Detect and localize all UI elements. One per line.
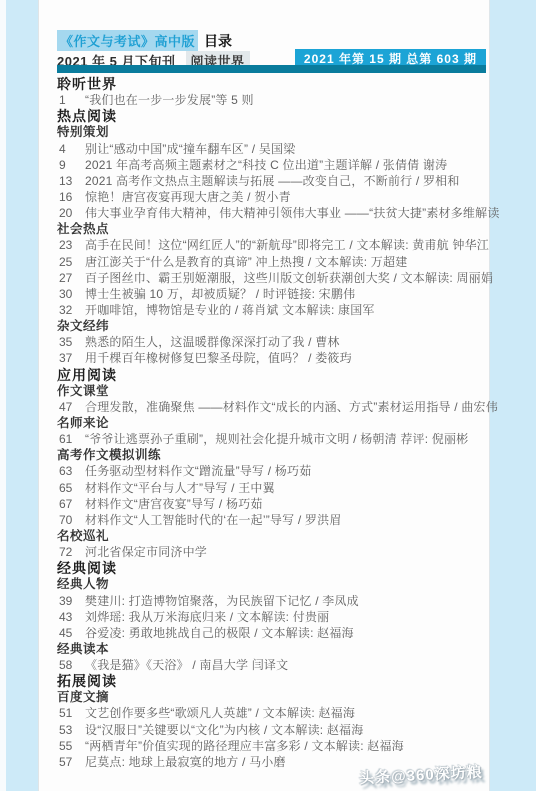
entry-title: 任务驱动型材料作文“蹭流量”导写 / 杨巧茹 xyxy=(85,463,487,479)
toc-item: 55“两栖青年”价值实现的路径理应丰富多彩 / 文本解读: 赵福海 xyxy=(57,738,487,754)
toc-section-header: 经典阅读 xyxy=(57,560,487,576)
toc-item: 27百子图丝巾、霸王别姬潮服，这些川版文创斩获潮创大奖 / 文本解读: 周丽娟 xyxy=(57,270,487,286)
header-title-line: 《作文与考试》高中版目录 xyxy=(57,30,232,51)
page-number: 45 xyxy=(57,625,85,641)
toc-item: 16惊艳！唐宫夜宴再现大唐之美 / 贺小青 xyxy=(57,189,487,205)
entry-title: 别让“感动中国”成“撞车翻车区” / 吴国梁 xyxy=(85,141,487,157)
toc-item: 53设“汉服日”关键要以“文化”为内核 / 文本解读: 赵福海 xyxy=(57,722,487,738)
page-number: 43 xyxy=(57,609,85,625)
entry-title: 2021 高考作文热点主题解读与拓展 ——改变自己，不断前行 / 罗相和 xyxy=(85,173,487,189)
page-number: 67 xyxy=(57,496,85,512)
page-number: 20 xyxy=(57,205,85,221)
toc-item: 37用千棵百年橡树修复巴黎圣母院，值吗？ / 娄筱玙 xyxy=(57,350,487,366)
toc-item: 39樊建川: 打造博物馆聚落，为民族留下记忆 / 李凤成 xyxy=(57,593,487,609)
toc-item: 20伟大事业孕育伟大精神，伟大精神引领伟大事业 ——“扶贫大捷”素材多维解读 xyxy=(57,205,487,221)
page-number: 25 xyxy=(57,254,85,270)
entry-title: 材料作文“平台与人才”导写 / 王中翼 xyxy=(85,480,487,496)
toc-section-header: 高考作文模拟训练 xyxy=(57,447,487,463)
entry-title: 百子图丝巾、霸王别姬潮服，这些川版文创斩获潮创大奖 / 文本解读: 周丽娟 xyxy=(85,270,493,286)
entry-title: 樊建川: 打造博物馆聚落，为民族留下记忆 / 李凤成 xyxy=(85,593,487,609)
toc-section-header: 百度文摘 xyxy=(57,689,487,705)
toc-item: 51文艺创作要多些“歌颂凡人英雄” / 文本解读: 赵福海 xyxy=(57,705,487,721)
page-number: 61 xyxy=(57,431,85,447)
toc-section-header: 社会热点 xyxy=(57,221,487,237)
toc-item: 45谷爱凌: 勇敢地挑战自己的极限 / 文本解读: 赵福海 xyxy=(57,625,487,641)
page-number: 53 xyxy=(57,722,85,738)
toc-item: 92021 年高考高频主题素材之“科技 C 位出道”主题详解 / 张倩倩 谢涛 xyxy=(57,157,487,173)
page-number: 55 xyxy=(57,738,85,754)
magazine-toc-page: 《作文与考试》高中版目录 2021 年 5 月下旬刊阅读世界 2021 年第 1… xyxy=(38,0,490,791)
toc-item: 25唐江澎关于“什么是教育的真谛” 冲上热搜 / 文本解读: 万超建 xyxy=(57,254,487,270)
toc-item: 30博士生被骗 10 万，却被质疑？ / 时评链接: 宋鹏伟 xyxy=(57,286,487,302)
page-number: 9 xyxy=(57,157,85,173)
page-number: 4 xyxy=(57,141,85,157)
toc-item: 23高手在民间！这位“网红匠人”的“新航母”即将完工 / 文本解读: 黄甫航 钟… xyxy=(57,237,487,253)
entry-title: 开咖啡馆，博物馆是专业的 / 蒋肖斌 文本解读: 康国军 xyxy=(85,302,487,318)
page-number: 65 xyxy=(57,480,85,496)
entry-title: “我们也在一步一步发展”等 5 则 xyxy=(85,92,487,108)
toc-item: 65材料作文“平台与人才”导写 / 王中翼 xyxy=(57,480,487,496)
toc-label: 目录 xyxy=(204,33,232,49)
page-number: 30 xyxy=(57,286,85,302)
toc-item: 47合理发散，准确聚焦 ——材料作文“成长的内涵、方式”素材运用指导 / 曲宏伟 xyxy=(57,399,487,415)
toc-section-header: 聆听世界 xyxy=(57,76,487,92)
toc-item: 63任务驱动型材料作文“蹭流量”导写 / 杨巧茹 xyxy=(57,463,487,479)
entry-title: 伟大事业孕育伟大精神，伟大精神引领伟大事业 ——“扶贫大捷”素材多维解读 xyxy=(85,205,500,221)
page-number: 23 xyxy=(57,237,85,253)
entry-title: 高手在民间！这位“网红匠人”的“新航母”即将完工 / 文本解读: 黄甫航 钟华江 xyxy=(85,237,489,253)
entry-title: “两栖青年”价值实现的路径理应丰富多彩 / 文本解读: 赵福海 xyxy=(85,738,487,754)
entry-title: 博士生被骗 10 万，却被质疑？ / 时评链接: 宋鹏伟 xyxy=(85,286,487,302)
entry-title: 2021 年高考高频主题素材之“科技 C 位出道”主题详解 / 张倩倩 谢涛 xyxy=(85,157,487,173)
toc-section-header: 杂文经纬 xyxy=(57,318,487,334)
page-number: 58 xyxy=(57,657,85,673)
toc-section-header: 经典人物 xyxy=(57,576,487,592)
entry-title: 《我是猫》《天浴》 / 南昌大学 闫译文 xyxy=(85,657,487,673)
page-number: 16 xyxy=(57,189,85,205)
toc-section-header: 热点阅读 xyxy=(57,108,487,124)
entry-title: 河北省保定市同济中学 xyxy=(85,544,487,560)
page-number: 70 xyxy=(57,512,85,528)
page-number: 39 xyxy=(57,593,85,609)
toc-item: 4别让“感动中国”成“撞车翻车区” / 吴国梁 xyxy=(57,141,487,157)
page-number: 51 xyxy=(57,705,85,721)
toc-item: 1“我们也在一步一步发展”等 5 则 xyxy=(57,92,487,108)
entry-title: 用千棵百年橡树修复巴黎圣母院，值吗？ / 娄筱玙 xyxy=(85,350,487,366)
toc-section-header: 拓展阅读 xyxy=(57,673,487,689)
page-number: 72 xyxy=(57,544,85,560)
page-number: 63 xyxy=(57,463,85,479)
entry-title: 合理发散，准确聚焦 ——材料作文“成长的内涵、方式”素材运用指导 / 曲宏伟 xyxy=(85,399,498,415)
entry-title: 刘烨瑶: 我从万米海底归来 / 文本解读: 付贵丽 xyxy=(85,609,487,625)
toc-item: 72河北省保定市同济中学 xyxy=(57,544,487,560)
toc-item: 58《我是猫》《天浴》 / 南昌大学 闫译文 xyxy=(57,657,487,673)
toc-section-header: 经典读本 xyxy=(57,641,487,657)
toc-list: 聆听世界1“我们也在一步一步发展”等 5 则热点阅读特别策划4别让“感动中国”成… xyxy=(57,76,487,791)
page-number: 57 xyxy=(57,754,85,770)
page-number: 35 xyxy=(57,334,85,350)
toc-item: 43刘烨瑶: 我从万米海底归来 / 文本解读: 付贵丽 xyxy=(57,609,487,625)
entry-title: 设“汉服日”关键要以“文化”为内核 / 文本解读: 赵福海 xyxy=(85,722,487,738)
toc-item: 35熟悉的陌生人，这温暖群像深深打动了我 / 曹林 xyxy=(57,334,487,350)
toc-item: 61“爷爷让逃票孙子重刷”，规则社会化提升城市文明 / 杨朝清 荐评: 倪丽彬 xyxy=(57,431,487,447)
entry-title: 文艺创作要多些“歌颂凡人英雄” / 文本解读: 赵福海 xyxy=(85,705,487,721)
entry-title: 谷爱凌: 勇敢地挑战自己的极限 / 文本解读: 赵福海 xyxy=(85,625,487,641)
page-number: 13 xyxy=(57,173,85,189)
toc-item: 132021 高考作文热点主题解读与拓展 ——改变自己，不断前行 / 罗相和 xyxy=(57,173,487,189)
toc-section-header: 名师来论 xyxy=(57,415,487,431)
toc-section-header: 名校巡礼 xyxy=(57,528,487,544)
toc-section-header: 作文课堂 xyxy=(57,383,487,399)
entry-title: 惊艳！唐宫夜宴再现大唐之美 / 贺小青 xyxy=(85,189,487,205)
toc-item: 70材料作文“人工智能时代的‘在一起’”导写 / 罗洪眉 xyxy=(57,512,487,528)
page-number: 47 xyxy=(57,399,85,415)
entry-title: 材料作文“人工智能时代的‘在一起’”导写 / 罗洪眉 xyxy=(85,512,487,528)
entry-title: 材料作文“唐宫夜宴”导写 / 杨巧茹 xyxy=(85,496,487,512)
toc-item: 32开咖啡馆，博物馆是专业的 / 蒋肖斌 文本解读: 康国军 xyxy=(57,302,487,318)
page-number: 27 xyxy=(57,270,85,286)
entry-title: 熟悉的陌生人，这温暖群像深深打动了我 / 曹林 xyxy=(85,334,487,350)
magazine-title: 《作文与考试》高中版 xyxy=(57,30,198,51)
toc-section-header: 特别策划 xyxy=(57,124,487,140)
page-edge xyxy=(0,0,6,791)
page-number: 1 xyxy=(57,92,85,108)
page-number: 37 xyxy=(57,350,85,366)
entry-title: “爷爷让逃票孙子重刷”，规则社会化提升城市文明 / 杨朝清 荐评: 倪丽彬 xyxy=(85,431,487,447)
toc-section-header: 应用阅读 xyxy=(57,367,487,383)
header-divider-bar xyxy=(57,65,486,73)
toc-item: 67材料作文“唐宫夜宴”导写 / 杨巧茹 xyxy=(57,496,487,512)
entry-title: 唐江澎关于“什么是教育的真谛” 冲上热搜 / 文本解读: 万超建 xyxy=(85,254,487,270)
page-number: 32 xyxy=(57,302,85,318)
